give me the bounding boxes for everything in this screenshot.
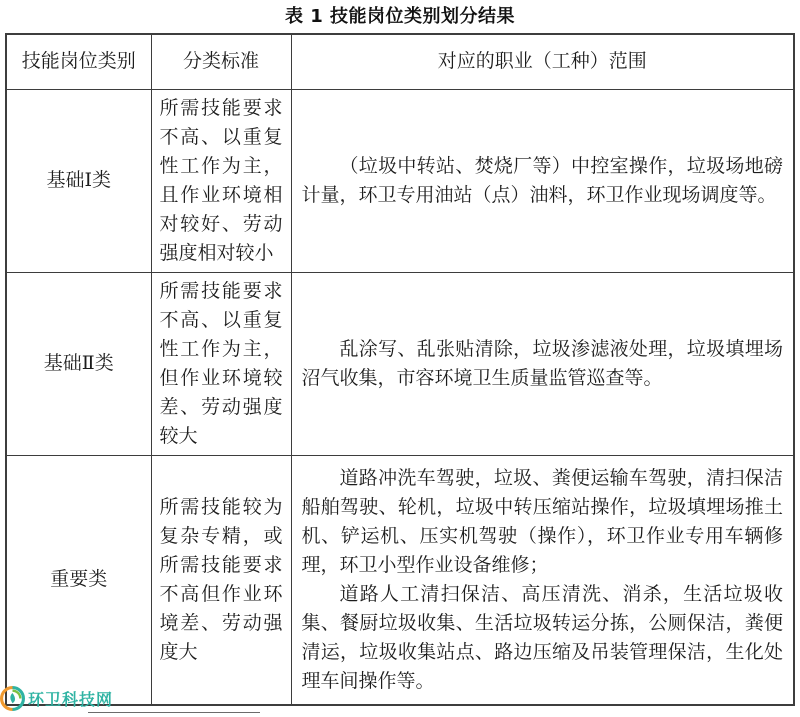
row2-scope: 乱涂写、乱张贴清除，垃圾渗滤液处理，垃圾填埋场沼气收集，市容环境卫生质量监管巡查… xyxy=(291,272,794,455)
row1-standard: 所需技能要求不高、以重复性工作为主，且作业环境相对较好、劳动强度相对较小 xyxy=(151,89,291,272)
row2-category: 基础Ⅱ类 xyxy=(6,272,151,455)
row3-standard: 所需技能较为复杂专精，或所需技能要求不高但作业环境差、劳动强度大 xyxy=(151,455,291,705)
watermark-underline xyxy=(88,712,260,713)
row1-scope-paragraph: （垃圾中转站、焚烧厂等）中控室操作，垃圾场地磅计量，环卫专用油站（点）油料，环卫… xyxy=(302,152,784,210)
header-scope: 对应的职业（工种）范围 xyxy=(291,34,794,89)
table-title: 表 1 技能岗位类别划分结果 xyxy=(0,4,800,29)
table-row: 基础Ⅱ类 所需技能要求不高、以重复性工作为主，但作业环境较差、劳动强度较大 乱涂… xyxy=(6,272,794,455)
row3-scope-paragraph-2: 道路人工清扫保洁、高压清洗、消杀，生活垃圾收集、餐厨垃圾收集、生活垃圾转运分拣，… xyxy=(302,580,784,696)
row2-scope-paragraph: 乱涂写、乱张贴清除，垃圾渗滤液处理，垃圾填埋场沼气收集，市容环境卫生质量监管巡查… xyxy=(302,335,784,393)
site-watermark-text: 环卫科技网 xyxy=(28,687,113,710)
row3-scope: 道路冲洗车驾驶，垃圾、粪便运输车驾驶，清扫保洁船舶驾驶、轮机，垃圾中转压缩站操作… xyxy=(291,455,794,705)
skill-category-table: 技能岗位类别 分类标准 对应的职业（工种）范围 基础Ⅰ类 所需技能要求不高、以重… xyxy=(5,33,795,706)
table-row: 重要类 所需技能较为复杂专精，或所需技能要求不高但作业环境差、劳动强度大 道路冲… xyxy=(6,455,794,705)
table-row: 基础Ⅰ类 所需技能要求不高、以重复性工作为主，且作业环境相对较好、劳动强度相对较… xyxy=(6,89,794,272)
header-category: 技能岗位类别 xyxy=(6,34,151,89)
site-watermark: 环卫科技网 xyxy=(0,686,113,711)
row2-standard: 所需技能要求不高、以重复性工作为主，但作业环境较差、劳动强度较大 xyxy=(151,272,291,455)
row1-scope: （垃圾中转站、焚烧厂等）中控室操作，垃圾场地磅计量，环卫专用油站（点）油料，环卫… xyxy=(291,89,794,272)
table-header-row: 技能岗位类别 分类标准 对应的职业（工种）范围 xyxy=(6,34,794,89)
row3-category: 重要类 xyxy=(6,455,151,705)
row1-category: 基础Ⅰ类 xyxy=(6,89,151,272)
header-standard: 分类标准 xyxy=(151,34,291,89)
site-logo-icon xyxy=(0,686,25,711)
row3-scope-paragraph-1: 道路冲洗车驾驶，垃圾、粪便运输车驾驶，清扫保洁船舶驾驶、轮机，垃圾中转压缩站操作… xyxy=(302,464,784,580)
